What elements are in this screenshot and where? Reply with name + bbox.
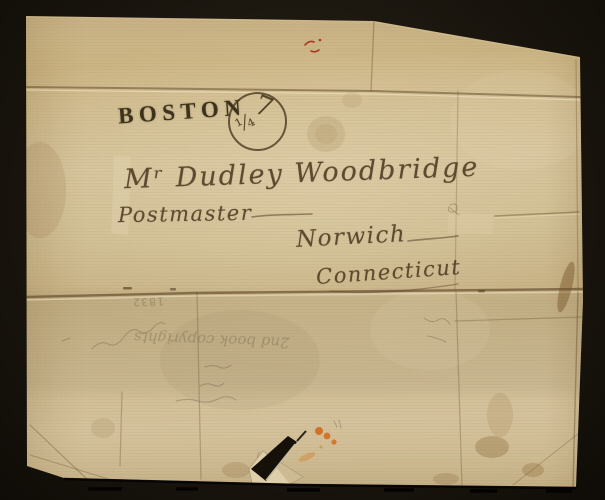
paper-bottom-shadow <box>64 479 577 488</box>
photo-background: BOSTON 7 ¼ Mʳ Dudley Woodbridge Postmast… <box>0 0 605 500</box>
mat-board-marks <box>0 0 605 500</box>
mat-stitch-dashes <box>88 489 572 491</box>
